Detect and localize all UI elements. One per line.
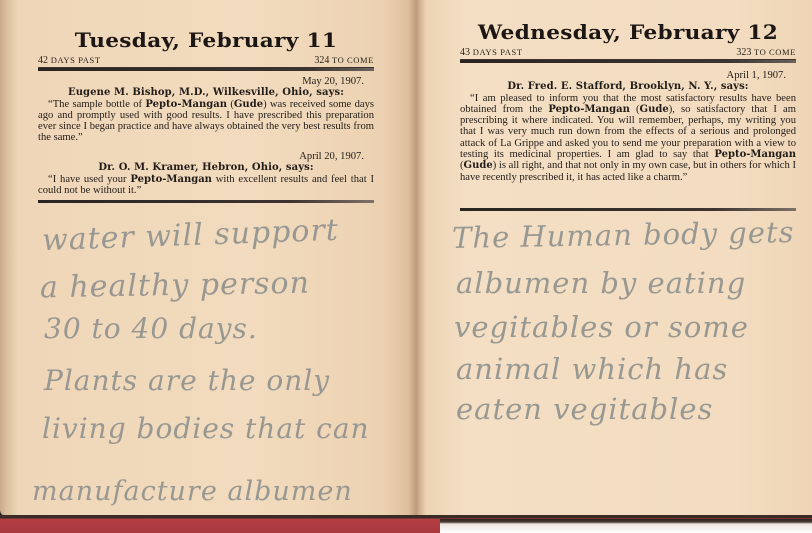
handwritten-note-line: eaten vegitables — [456, 392, 713, 426]
header-rule — [460, 59, 796, 63]
testimonial-entry: April 1, 1907. Dr. Fred. E. Stafford, Br… — [460, 70, 796, 183]
maker-name: Gude — [234, 99, 263, 110]
days-past: 43 DAYS PAST — [460, 47, 523, 58]
section-divider-rule — [460, 208, 796, 211]
product-name: Pepto-Mangan — [714, 149, 796, 160]
open-diary-book: Tuesday, February 11 42 DAYS PAST 324 TO… — [0, 0, 812, 533]
right-page-date-title: Wednesday, February 12 — [447, 20, 810, 44]
right-page: Wednesday, February 12 43 DAYS PAST 323 … — [416, 0, 812, 520]
maker-name: Gude — [640, 104, 669, 115]
header-rule — [38, 67, 374, 71]
left-page: Tuesday, February 11 42 DAYS PAST 324 TO… — [0, 0, 416, 516]
product-name: Pepto-Mangan — [548, 104, 630, 115]
handwritten-note-line: The Human body gets — [452, 215, 795, 255]
entry-date: April 1, 1907. — [460, 70, 796, 81]
product-name: Pepto-Mangan — [145, 99, 227, 110]
book-gutter — [408, 0, 426, 520]
days-to-come: 323 TO COME — [736, 47, 796, 58]
handwritten-note-line: albumen by eating — [456, 266, 746, 300]
entry-date: April 20, 1907. — [38, 151, 374, 162]
handwritten-note-line: manufacture albumen — [32, 476, 353, 507]
handwritten-note-line: 30 to 40 days. — [44, 312, 258, 345]
entry-author: Dr. Fred. E. Stafford, Brooklyn, N. Y., … — [460, 81, 796, 92]
handwritten-note-line: animal which has — [456, 352, 728, 386]
entry-quote: “The sample bottle of Pepto-Mangan (Gude… — [38, 99, 374, 144]
entry-quote: “I am pleased to inform you that the mos… — [460, 93, 796, 183]
maker-name: Gude — [464, 160, 493, 171]
section-divider-rule — [38, 200, 374, 203]
handwritten-note-line: Plants are the only — [44, 364, 330, 397]
left-page-header: Tuesday, February 11 42 DAYS PAST 324 TO… — [38, 28, 374, 71]
handwritten-note-line: vegitables or some — [454, 310, 749, 344]
entry-quote: “I have used your Pepto-Mangan with exce… — [38, 174, 374, 197]
entry-date: May 20, 1907. — [38, 76, 374, 87]
left-page-day-counter: 42 DAYS PAST 324 TO COME — [38, 55, 374, 66]
right-page-header: Wednesday, February 12 43 DAYS PAST 323 … — [460, 20, 796, 63]
entry-author: Dr. O. M. Kramer, Hebron, Ohio, says: — [38, 162, 374, 173]
handwritten-note-line: a healthy person — [40, 266, 310, 306]
right-page-day-counter: 43 DAYS PAST 323 TO COME — [460, 47, 796, 58]
left-page-date-title: Tuesday, February 11 — [25, 28, 388, 52]
product-name: Pepto-Mangan — [130, 174, 212, 185]
days-to-come: 324 TO COME — [314, 55, 374, 66]
entry-author: Eugene M. Bishop, M.D., Wilkesville, Ohi… — [38, 87, 374, 98]
testimonial-entry: April 20, 1907. Dr. O. M. Kramer, Hebron… — [38, 151, 374, 196]
handwritten-note-line: water will support — [41, 213, 339, 258]
testimonial-entry: May 20, 1907. Eugene M. Bishop, M.D., Wi… — [38, 76, 374, 144]
handwritten-note-line: living bodies that can — [42, 412, 370, 445]
days-past: 42 DAYS PAST — [38, 55, 101, 66]
book-cover-edge-right — [440, 519, 812, 533]
